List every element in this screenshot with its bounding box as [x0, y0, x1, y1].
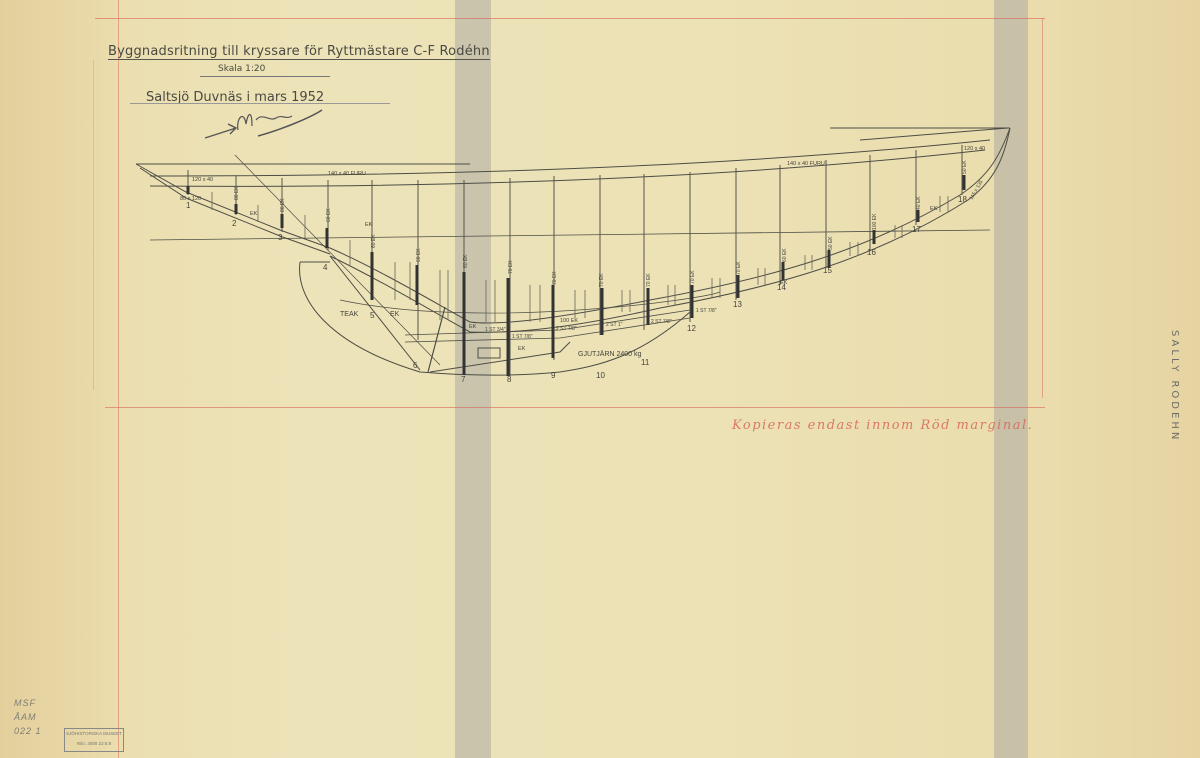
svg-text:100 EK: 100 EK: [560, 318, 578, 324]
svg-text:1 ST 7/8": 1 ST 7/8": [512, 334, 533, 340]
archive-mark: 022 1: [14, 724, 42, 738]
svg-text:10: 10: [596, 371, 605, 380]
svg-text:EK: EK: [250, 211, 258, 217]
svg-text:115 x 135: 115 x 135: [969, 179, 985, 201]
svg-text:50 EK: 50 EK: [962, 160, 968, 174]
svg-text:EK: EK: [518, 346, 526, 352]
svg-text:2: 2: [232, 219, 237, 228]
svg-text:7: 7: [461, 375, 466, 384]
svg-text:50 EK: 50 EK: [828, 236, 834, 250]
svg-text:70 EK: 70 EK: [552, 271, 558, 285]
svg-text:2 ST 7/8": 2 ST 7/8": [651, 319, 672, 325]
svg-text:4: 4: [323, 263, 328, 272]
svg-text:40 EK: 40 EK: [916, 196, 922, 210]
svg-text:70 EK: 70 EK: [690, 270, 696, 284]
teak-label: TEAK: [340, 311, 359, 318]
svg-text:3: 3: [278, 233, 283, 242]
beam-label-fwd: 140 x 40 FURU: [787, 161, 825, 167]
svg-text:11: 11: [641, 358, 650, 367]
svg-text:70 EK: 70 EK: [599, 273, 605, 287]
svg-text:2 ST 1": 2 ST 1": [606, 322, 623, 328]
side-name-note: SALLY RODEHN: [1169, 330, 1180, 442]
svg-text:60 EK: 60 EK: [463, 254, 469, 268]
svg-text:1 ST 7/8": 1 ST 7/8": [696, 308, 717, 314]
svg-text:17: 17: [912, 225, 921, 234]
svg-text:70 EK: 70 EK: [736, 261, 742, 275]
stern-knee-label: 80 x 120: [180, 196, 201, 202]
svg-text:EK: EK: [930, 206, 938, 212]
svg-text:2 ST 7/8": 2 ST 7/8": [556, 326, 577, 332]
ek-label: EK: [390, 311, 400, 318]
svg-text:60 EK: 60 EK: [416, 248, 422, 262]
frame-number: 1: [186, 201, 191, 210]
archive-mark: MSF: [14, 696, 42, 710]
svg-text:13: 13: [733, 300, 742, 309]
svg-text:5: 5: [370, 311, 375, 320]
archive-marks: MSF ÅAM 022 1: [14, 696, 42, 738]
svg-text:EK: EK: [469, 324, 477, 330]
svg-text:9: 9: [551, 371, 556, 380]
svg-text:70 EK: 70 EK: [508, 260, 514, 274]
svg-text:80 EK: 80 EK: [280, 198, 286, 212]
ballast-label: GJUTJÄRN 2400 kg: [578, 350, 642, 358]
copy-margin-note: Kopieras endast innom Röd marginal.: [732, 418, 1033, 433]
beam-label-bow: 120 x 40: [964, 146, 985, 152]
svg-text:60 EK: 60 EK: [371, 234, 377, 248]
svg-text:80 EK: 80 EK: [234, 186, 240, 200]
svg-text:8: 8: [507, 375, 512, 384]
beam-label-aft: 120 x 40: [192, 177, 213, 183]
svg-text:6: 6: [413, 361, 418, 370]
svg-text:EK: EK: [365, 222, 373, 228]
svg-text:EK: EK: [780, 280, 788, 286]
svg-text:100 EK: 100 EK: [872, 213, 878, 230]
drawing-sheet: Byggnadsritning till kryssare för Ryttmä…: [0, 0, 1200, 758]
svg-text:12: 12: [687, 324, 696, 333]
archive-mark: ÅAM: [14, 710, 42, 724]
museum-stamp: SJÖHISTORISKA MUSEET Ritn. 3008 22:6:8: [64, 728, 124, 752]
svg-text:15: 15: [823, 266, 832, 275]
svg-text:18: 18: [958, 195, 967, 204]
svg-text:70 EK: 70 EK: [646, 273, 652, 287]
svg-text:60 EK: 60 EK: [326, 208, 332, 222]
svg-text:16: 16: [867, 248, 876, 257]
beam-label-mid: 140 x 40 FURU: [328, 171, 366, 177]
svg-text:60 EK: 60 EK: [782, 248, 788, 262]
svg-text:1 ST 3/4": 1 ST 3/4": [485, 327, 506, 333]
hull-construction-drawing: 1 234 567 8910 111213 141516 1718 120 x …: [0, 0, 1200, 758]
